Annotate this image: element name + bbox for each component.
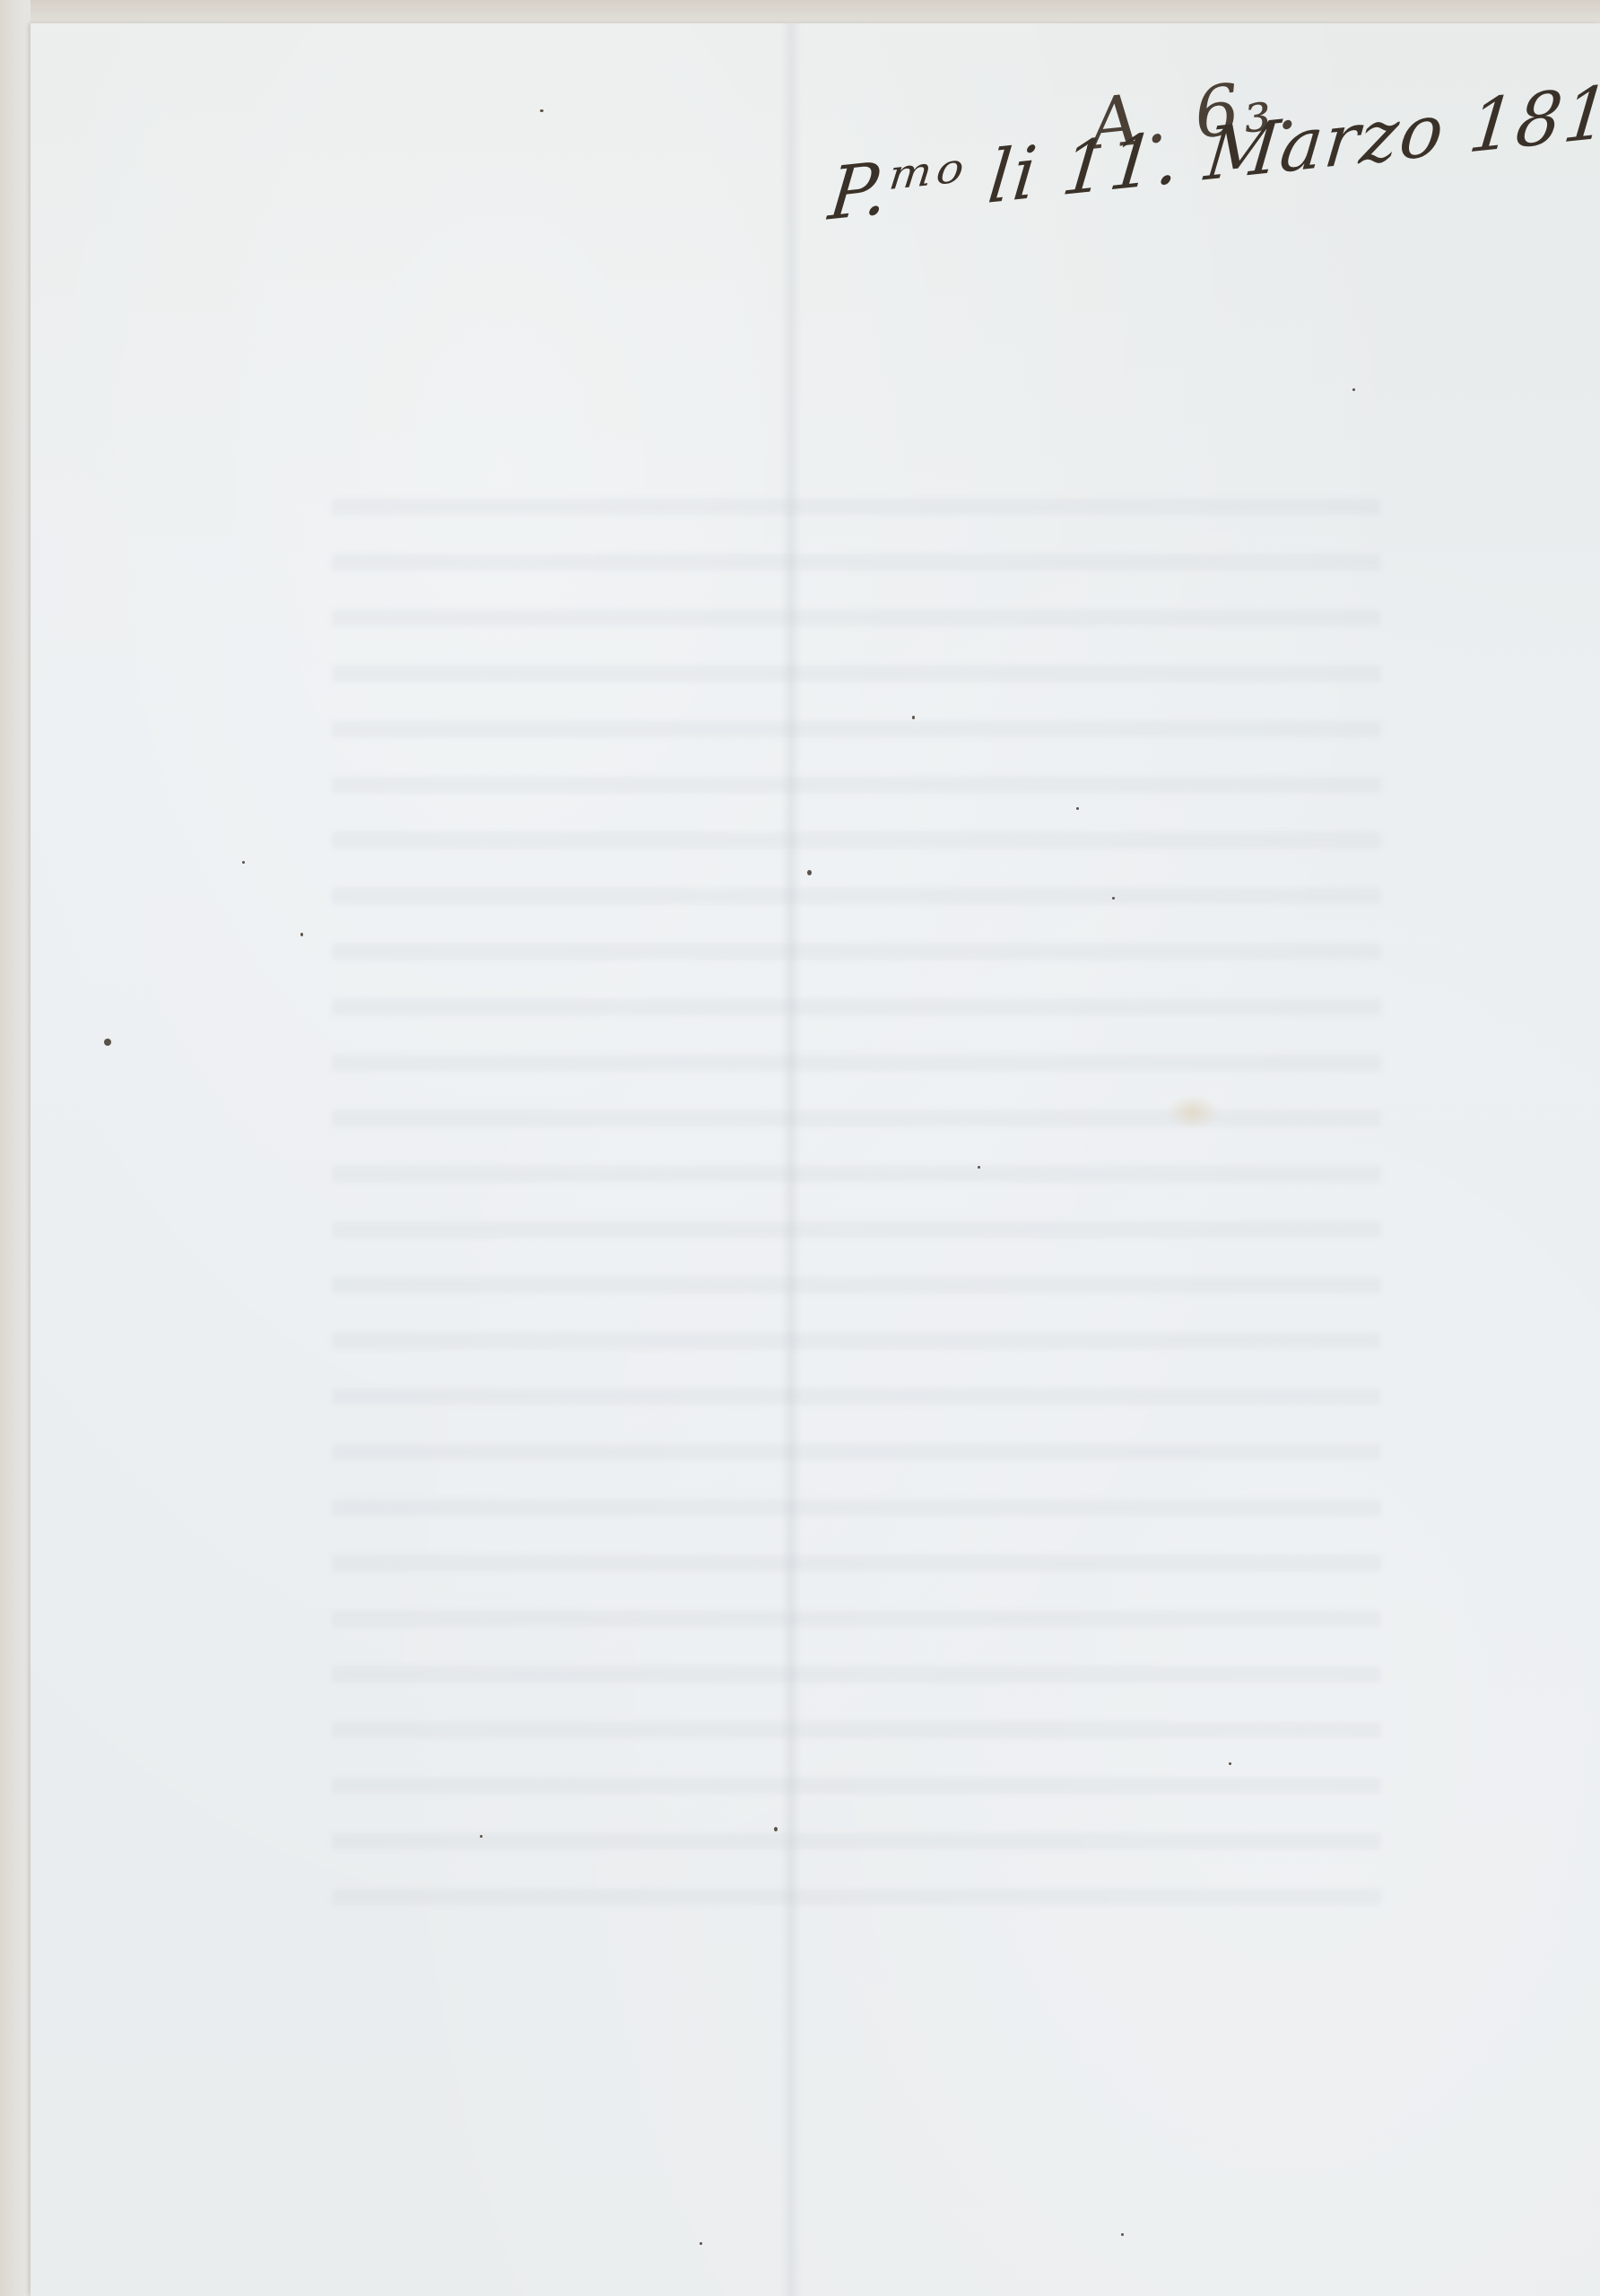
paper-speck <box>242 861 245 864</box>
paper-speck <box>104 1039 111 1046</box>
paper-speck <box>1352 388 1355 391</box>
paper-speck <box>1121 2233 1124 2236</box>
paper-speck <box>300 933 303 936</box>
paper-speck <box>978 1166 980 1169</box>
paper-speck <box>807 870 812 875</box>
scanned-page: A. 6₃. P.ᵐᵒ li 11. Marzo 1813. <box>0 0 1600 2296</box>
paper-speck <box>480 1835 483 1838</box>
paper-stain <box>1166 1094 1220 1130</box>
paper-speck <box>1076 807 1079 810</box>
page-top-edge <box>30 0 1600 23</box>
paper-speck <box>540 109 543 112</box>
reverse-side-bleed-through <box>332 466 1381 1937</box>
paper-speck <box>1229 1762 1231 1765</box>
paper-speck <box>912 716 915 719</box>
paper-speck <box>700 2242 702 2245</box>
paper-speck <box>774 1827 778 1831</box>
paper-speck <box>1112 897 1115 900</box>
